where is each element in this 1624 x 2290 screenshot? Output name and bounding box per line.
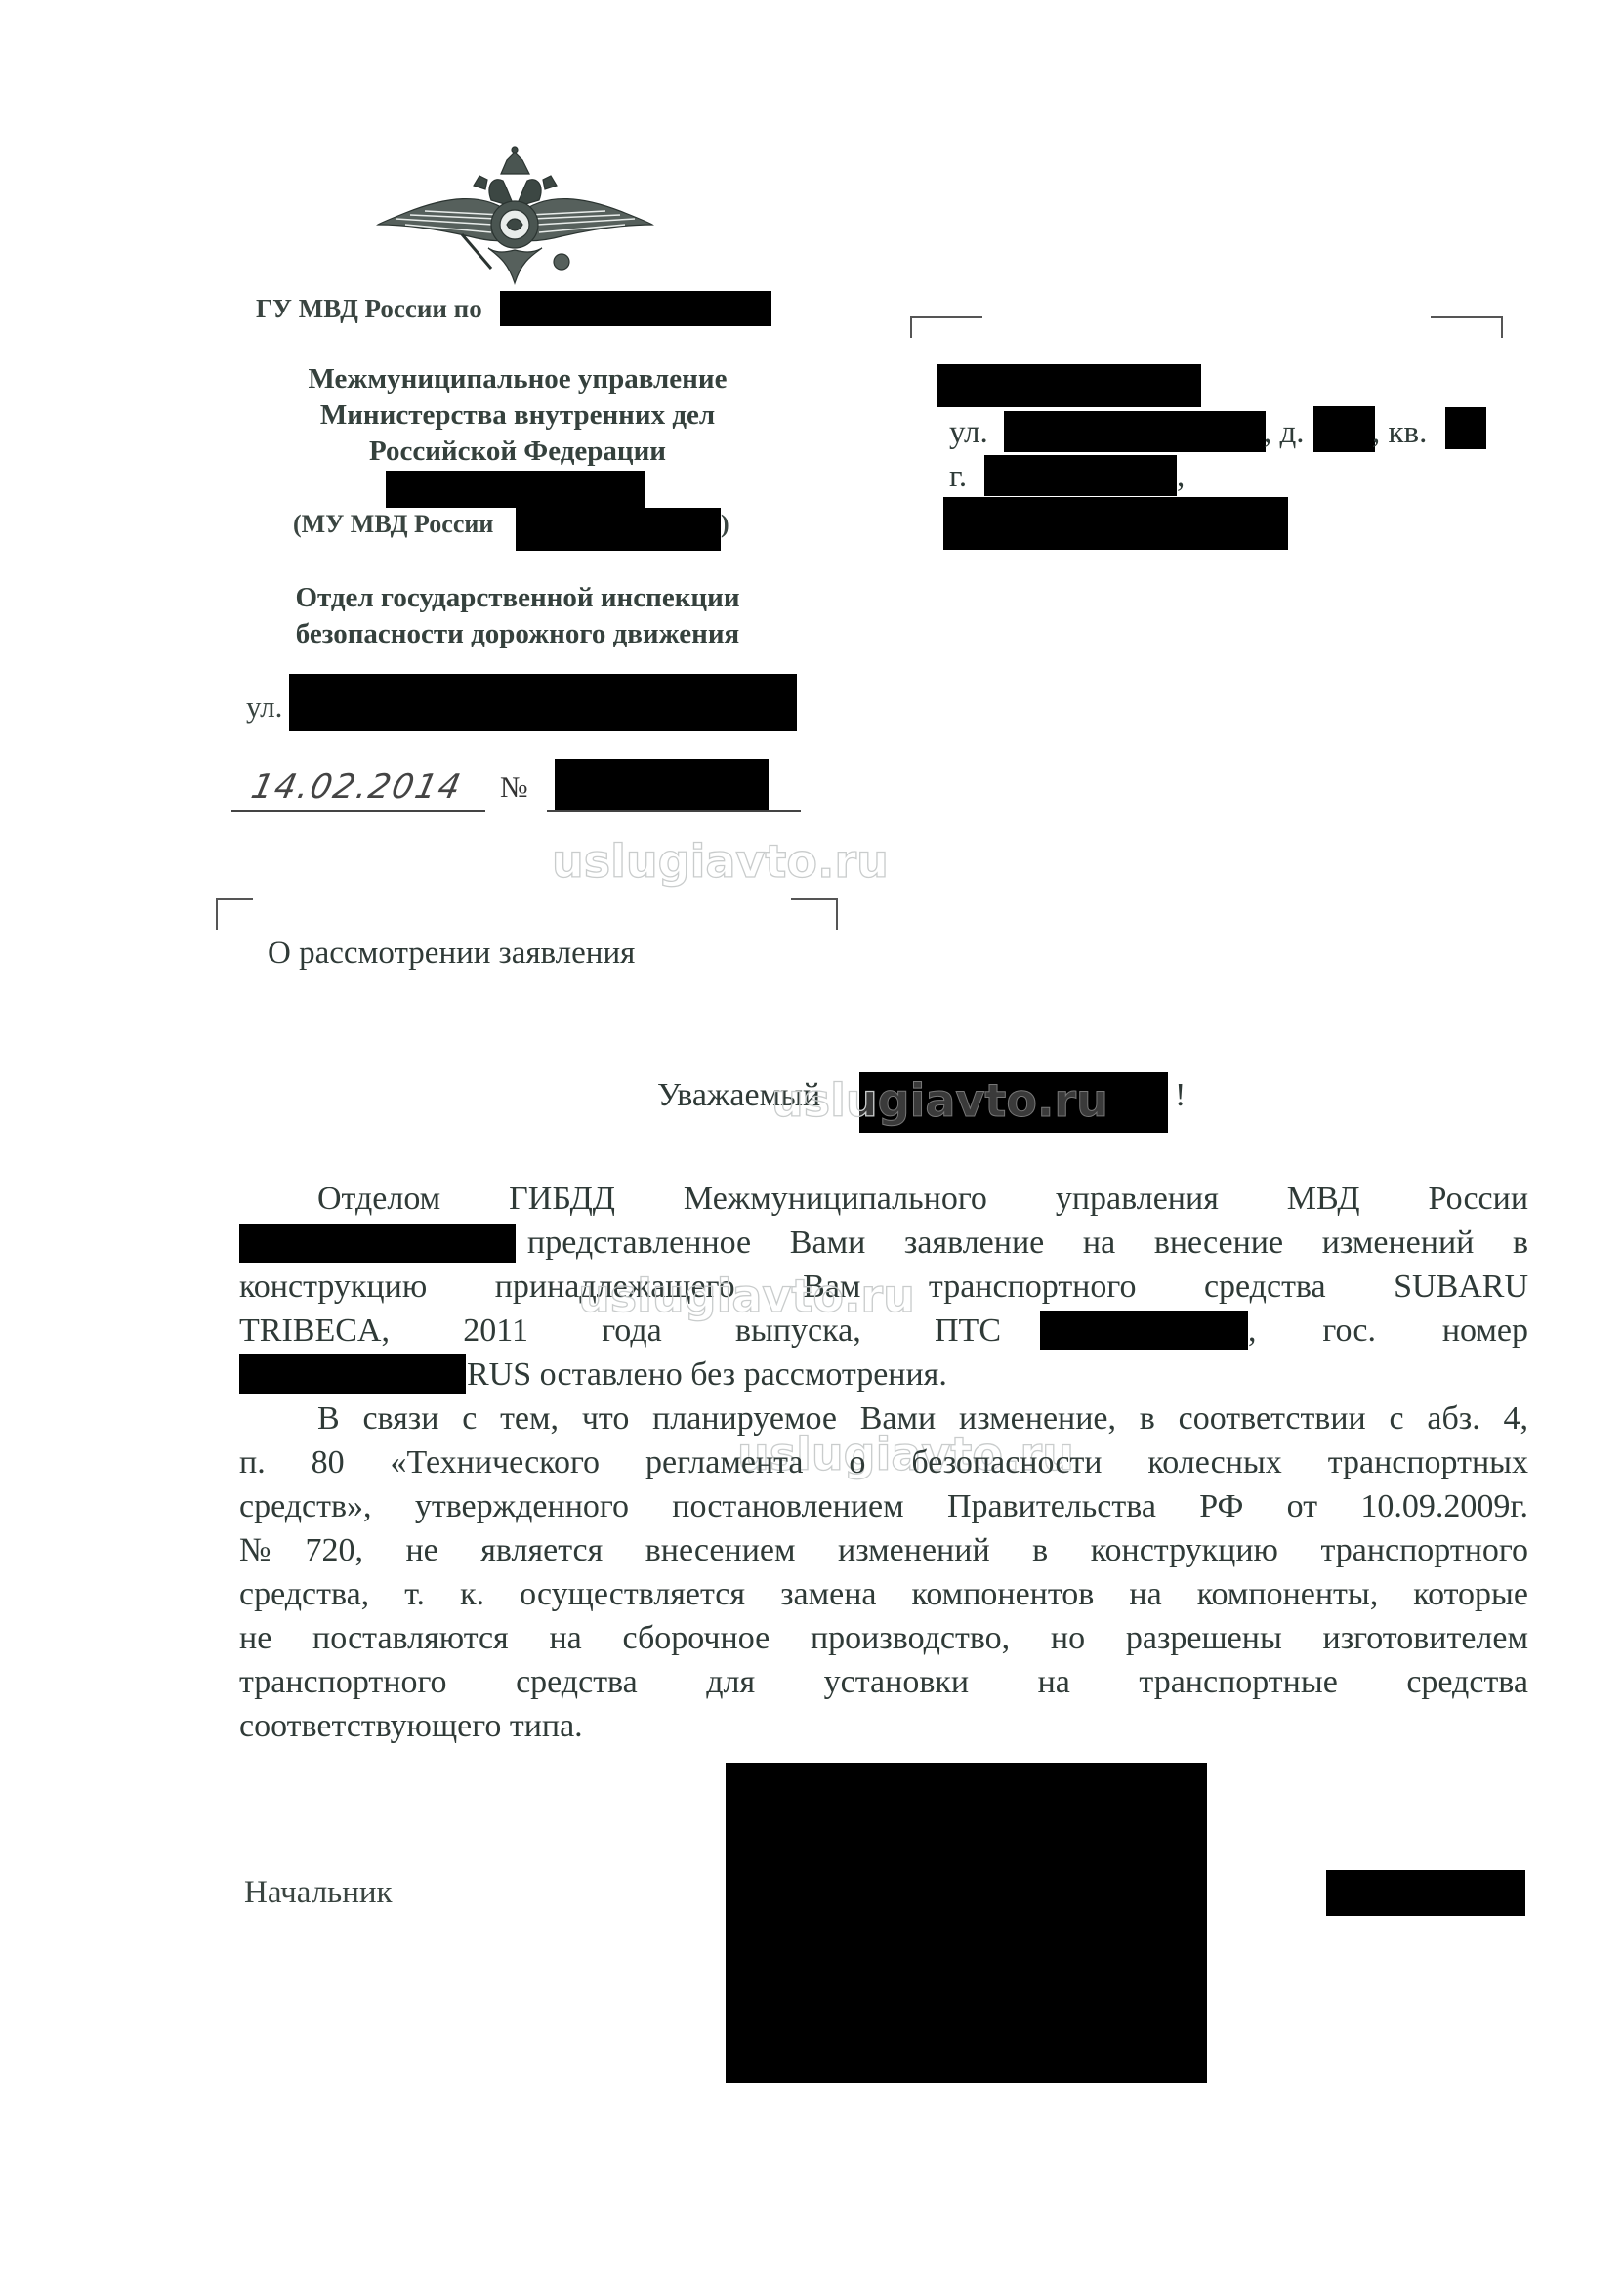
- p2-line-1: В связи с тем, что планируемое Вами изме…: [317, 1396, 1528, 1440]
- letter-subject: О рассмотрении заявления: [268, 936, 635, 972]
- redacted-sender-address: [289, 674, 797, 731]
- watermark: uslugiavto.ru: [552, 835, 889, 888]
- org-name-line-3: Российской Федерации: [234, 434, 801, 470]
- addressee-house-prefix: , д.: [1264, 415, 1305, 451]
- short-name-prefix: (МУ МВД России: [293, 510, 493, 539]
- redacted-addressee-street: [1004, 411, 1266, 452]
- redacted-apartment-number: [1445, 407, 1486, 449]
- addressee-city-prefix: г.: [949, 459, 967, 495]
- p2-line-3: средств», утвержденного постановлением П…: [239, 1484, 1528, 1528]
- subject-corner-right: [791, 898, 838, 930]
- p2-line-6: не поставляются на сборочное производств…: [239, 1616, 1528, 1660]
- p2-line-5: средства, т. к. осуществляется замена ко…: [239, 1572, 1528, 1616]
- org-name-block: Межмуниципальное управление Министерства…: [234, 361, 801, 470]
- redacted-addressee-name: [937, 364, 1201, 407]
- letter-page: ГУ МВД России по Межмуниципальное управл…: [0, 0, 1624, 2290]
- p1-line-2: представленное Вами заявление на внесени…: [527, 1221, 1528, 1265]
- signatory-position: Начальник: [244, 1875, 393, 1911]
- p2-line-8: соответствующего типа.: [239, 1704, 1528, 1748]
- department-line-2: безопасности дорожного движения: [234, 616, 801, 652]
- redacted-house-number: [1313, 406, 1375, 452]
- p2-line-2: п. 80 «Технического регламента о безопас…: [239, 1440, 1528, 1484]
- redacted-municipality: [386, 471, 645, 508]
- number-underline: [547, 810, 801, 812]
- redacted-signature-and-stamp: [726, 1763, 1207, 2083]
- p2-line-4: №720, не является внесением изменений в …: [239, 1528, 1528, 1572]
- p2-line-7: транспортного средства для установки на …: [239, 1660, 1528, 1704]
- redacted-addressee-region: [943, 497, 1288, 550]
- watermark: uslugiavto.ru: [578, 1270, 915, 1322]
- p1-line-4-tail: , гос. номер: [1248, 1309, 1528, 1353]
- p1-line-1: Отделом ГИБДД Межмуниципального управлен…: [317, 1177, 1528, 1221]
- date-underline: [231, 810, 485, 812]
- redacted-short-name: [516, 508, 721, 551]
- addressee-city-suffix: ,: [1177, 459, 1185, 495]
- salutation-suffix: !: [1175, 1077, 1186, 1114]
- redacted-plate-number: [239, 1354, 466, 1394]
- addressee-street-prefix: ул.: [949, 415, 988, 451]
- gu-mvd-label: ГУ МВД России по: [256, 294, 482, 324]
- letter-date: 14.02.2014: [248, 768, 466, 807]
- addressee-apartment-prefix: , кв.: [1372, 415, 1427, 451]
- p1-line-5: RUS оставлено без рассмотрения.: [467, 1353, 1053, 1396]
- short-name-suffix: ): [721, 510, 729, 539]
- department-line-1: Отдел государственной инспекции: [234, 580, 801, 616]
- sender-street-prefix: ул.: [246, 689, 282, 725]
- number-sign: №: [500, 771, 528, 805]
- mvd-emblem-icon: [376, 146, 654, 288]
- org-name-line-1: Межмуниципальное управление: [234, 361, 801, 397]
- org-name-line-2: Министерства внутренних дел: [234, 397, 801, 434]
- department-block: Отдел государственной инспекции безопасн…: [234, 580, 801, 652]
- addressee-corner-left: [910, 316, 982, 338]
- redacted-letter-number: [555, 759, 769, 810]
- redacted-addressee-city: [984, 455, 1177, 496]
- redacted-department-location: [239, 1224, 516, 1263]
- addressee-corner-right: [1431, 316, 1503, 338]
- redacted-signatory-name: [1326, 1870, 1525, 1916]
- subject-corner-left: [216, 898, 253, 930]
- redacted-region-name: [500, 291, 771, 326]
- redacted-pts-number: [1040, 1311, 1248, 1350]
